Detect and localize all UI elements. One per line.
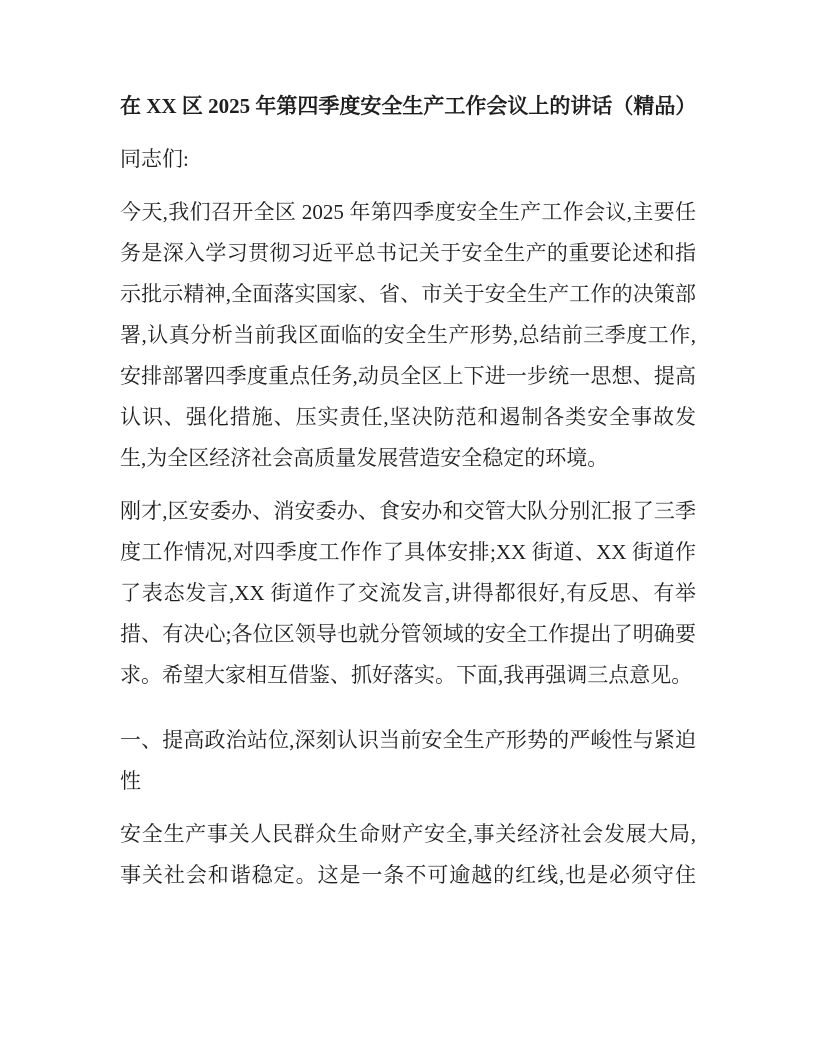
document-page: 在 XX 区 2025 年第四季度安全生产工作会议上的讲话（精品） 同志们: 今… [0, 0, 816, 1056]
paragraph-red-line: 安全生产事关人民群众生命财产安全,事关经济社会发展大局,事关社会和谐稳定。这是一… [120, 814, 696, 896]
section-heading-1: 一、提高政治站位,深刻认识当前安全生产形势的严峻性与紧迫性 [120, 720, 696, 802]
paragraph-meeting-purpose: 今天,我们召开全区 2025 年第四季度安全生产工作会议,主要任务是深入学习贯彻… [120, 192, 696, 479]
paragraph-briefings-summary: 刚才,区安委办、消安委办、食安办和交管大队分别汇报了三季度工作情况,对四季度工作… [120, 491, 696, 696]
document-title: 在 XX 区 2025 年第四季度安全生产工作会议上的讲话（精品） [120, 86, 696, 127]
salutation-line: 同志们: [120, 139, 696, 180]
